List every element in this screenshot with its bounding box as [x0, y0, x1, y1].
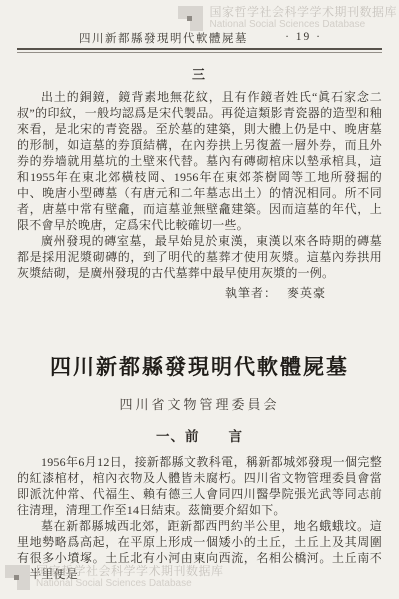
byline-author-name: 麥英豪 — [287, 286, 326, 300]
watermark-en-text: National Social Sciences Database — [209, 19, 397, 30]
scanned-journal-page: 国家哲学社会科学学术期刊数据库 National Social Sciences… — [0, 0, 399, 599]
section-one-heading: 一、前 言 — [17, 425, 382, 445]
body-paragraph: 墓在新都縣城西北郊，距新都西門約半公里，地名蛾蛾坟。這里地勢略爲高起，在平原上形… — [17, 518, 382, 582]
article-author: 四川省文物管理委員会 — [17, 394, 382, 413]
header-rule — [17, 48, 382, 53]
nssd-watermark-top: 国家哲学社会科学学术期刊数据库 National Social Sciences… — [178, 6, 397, 31]
body-paragraph: 1956年6月12日，接新都縣文教科電，稱新都城郊發現一個完整的紅漆棺材，棺內衣… — [17, 454, 382, 518]
nssd-logo-icon — [178, 6, 203, 31]
byline: 執筆者：麥英豪 — [17, 284, 382, 301]
article-title: 四川新都縣發現明代軟體屍墓 — [17, 351, 382, 381]
byline-label: 執筆者： — [225, 286, 277, 300]
page-header: 四川新都縣發現明代軟體屍墓 · 19 · — [17, 30, 382, 45]
body-paragraph: 出土的銅鏡，鏡背素地無花紋，且有作鏡者姓氏“眞石家念二叔”的印紋，一般均認爲是宋… — [17, 89, 382, 233]
page-number: · 19 · — [285, 31, 322, 43]
nssd-watermark-text: 国家哲学社会科学学术期刊数据库 National Social Sciences… — [209, 6, 397, 30]
running-title: 四川新都縣發現明代軟體屍墓 — [79, 33, 248, 45]
watermark-cn-text: 国家哲学社会科学学术期刊数据库 — [209, 6, 397, 19]
body-paragraph: 廣州發現的磚室墓，最早始見於東漢，東漢以來各時期的磚墓都是採用泥漿砌磚的，到了明… — [17, 233, 382, 281]
section-three-heading: 三 — [17, 64, 382, 83]
